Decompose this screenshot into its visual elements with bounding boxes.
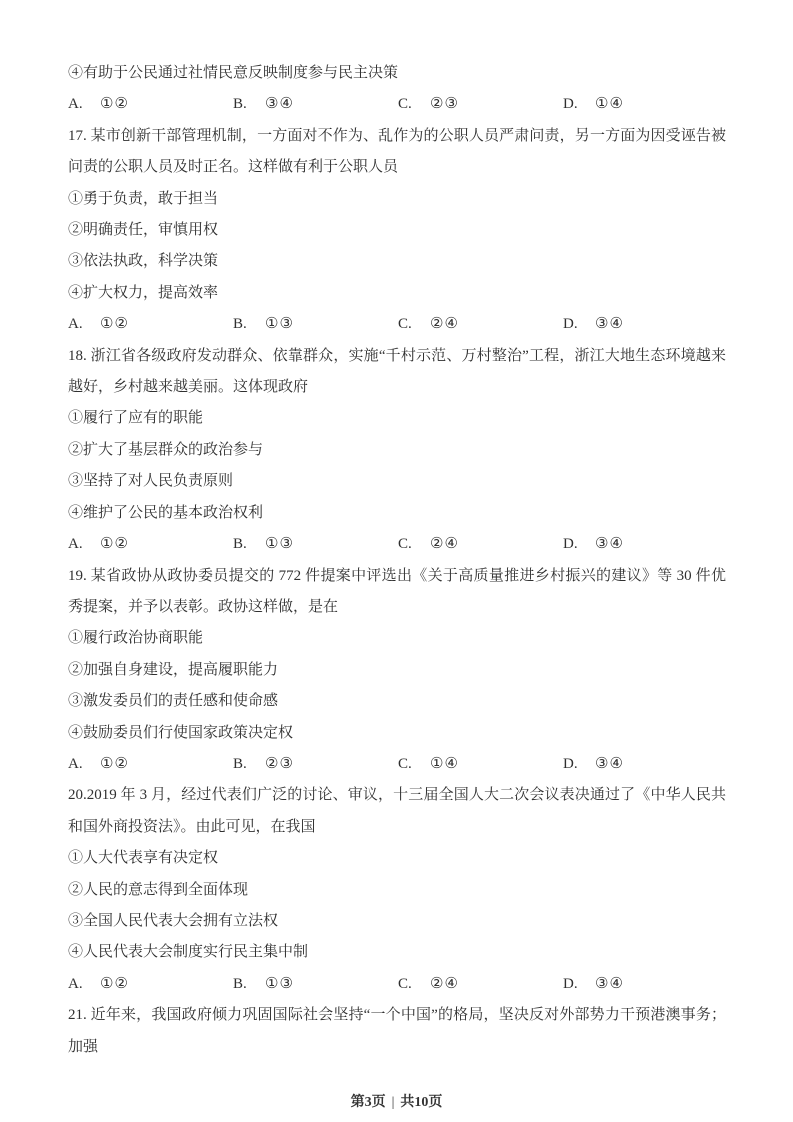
choice-value: ①② xyxy=(100,536,129,552)
question-20-item-4: ④人民代表大会制度实行民主集中制 xyxy=(68,937,726,968)
choice-value: ③④ xyxy=(595,316,624,332)
question-20-choice-a: A.①② xyxy=(68,969,233,1000)
question-20-choice-c: C.②④ xyxy=(398,969,563,1000)
question-19-item-4: ④鼓励委员们行使国家政策决定权 xyxy=(68,718,726,749)
choice-value: ①④ xyxy=(430,756,459,772)
question-18-item-4: ④维护了公民的基本政治权利 xyxy=(68,498,726,529)
question-20-stem: 20.2019 年 3 月，经过代表们广泛的讨论、审议，十三届全国人大二次会议表… xyxy=(68,780,726,843)
choice-value: ①② xyxy=(100,316,129,332)
question-20-choice-d: D.③④ xyxy=(563,969,728,1000)
choice-letter: D. xyxy=(563,309,595,340)
question-16-choice-d: D.①④ xyxy=(563,89,728,120)
choice-value: ①② xyxy=(100,756,129,772)
question-19-item-2: ②加强自身建设，提高履职能力 xyxy=(68,655,726,686)
question-19-stem: 19. 某省政协从政协委员提交的 772 件提案中评选出《关于高质量推进乡村振兴… xyxy=(68,561,726,624)
choice-value: ①② xyxy=(100,96,129,112)
choice-value: ③④ xyxy=(265,96,294,112)
question-19-choices: A.①② B.②③ C.①④ D.③④ xyxy=(68,749,726,780)
question-19-item-3: ③激发委员们的责任感和使命感 xyxy=(68,686,726,717)
question-16-choice-b: B.③④ xyxy=(233,89,398,120)
question-18-item-3: ③坚持了对人民负责原则 xyxy=(68,466,726,497)
question-19: 19. 某省政协从政协委员提交的 772 件提案中评选出《关于高质量推进乡村振兴… xyxy=(68,561,726,781)
question-18-choice-c: C.②④ xyxy=(398,529,563,560)
question-17-choice-b: B.①③ xyxy=(233,309,398,340)
choice-value: ③④ xyxy=(595,536,624,552)
question-18-choice-b: B.①③ xyxy=(233,529,398,560)
exam-page-content: ④有助于公民通过社情民意反映制度参与民主决策 A.①② B.③④ C.②③ D.… xyxy=(68,58,726,1063)
choice-letter: C. xyxy=(398,89,430,120)
choice-letter: B. xyxy=(233,89,265,120)
question-19-choice-c: C.①④ xyxy=(398,749,563,780)
choice-letter: D. xyxy=(563,749,595,780)
choice-value: ②③ xyxy=(430,96,459,112)
choice-value: ①② xyxy=(100,976,129,992)
choice-value: ①③ xyxy=(265,976,294,992)
question-16-choices: A.①② B.③④ C.②③ D.①④ xyxy=(68,89,726,120)
question-19-choice-b: B.②③ xyxy=(233,749,398,780)
question-20-choices: A.①② B.①③ C.②④ D.③④ xyxy=(68,969,726,1000)
question-21: 21. 近年来，我国政府倾力巩固国际社会坚持“一个中国”的格局，坚决反对外部势力… xyxy=(68,1000,726,1063)
choice-letter: D. xyxy=(563,529,595,560)
question-18-choices: A.①② B.①③ C.②④ D.③④ xyxy=(68,529,726,560)
choice-letter: C. xyxy=(398,529,430,560)
choice-value: ③④ xyxy=(595,756,624,772)
choice-letter: C. xyxy=(398,749,430,780)
question-16-choice-a: A.①② xyxy=(68,89,233,120)
question-18-choice-a: A.①② xyxy=(68,529,233,560)
question-17-item-1: ①勇于负责，敢于担当 xyxy=(68,184,726,215)
footer-page-total: 共10页 xyxy=(400,1095,442,1110)
choice-letter: B. xyxy=(233,969,265,1000)
question-20: 20.2019 年 3 月，经过代表们广泛的讨论、审议，十三届全国人大二次会议表… xyxy=(68,780,726,1000)
question-18-item-1: ①履行了应有的职能 xyxy=(68,403,726,434)
question-17: 17. 某市创新干部管理机制，一方面对不作为、乱作为的公职人员严肃问责，另一方面… xyxy=(68,121,726,341)
choice-letter: D. xyxy=(563,89,595,120)
question-18-choice-d: D.③④ xyxy=(563,529,728,560)
question-17-choice-c: C.②④ xyxy=(398,309,563,340)
choice-letter: C. xyxy=(398,969,430,1000)
choice-letter: C. xyxy=(398,309,430,340)
footer-separator: | xyxy=(392,1095,395,1110)
question-18-item-2: ②扩大了基层群众的政治参与 xyxy=(68,435,726,466)
choice-value: ②③ xyxy=(265,756,294,772)
question-19-choice-d: D.③④ xyxy=(563,749,728,780)
question-21-stem: 21. 近年来，我国政府倾力巩固国际社会坚持“一个中国”的格局，坚决反对外部势力… xyxy=(68,1000,726,1063)
choice-letter: B. xyxy=(233,749,265,780)
question-19-choice-a: A.①② xyxy=(68,749,233,780)
question-16-tail: ④有助于公民通过社情民意反映制度参与民主决策 A.①② B.③④ C.②③ D.… xyxy=(68,58,726,121)
choice-letter: A. xyxy=(68,969,100,1000)
question-20-item-1: ①人大代表享有决定权 xyxy=(68,843,726,874)
question-17-choice-d: D.③④ xyxy=(563,309,728,340)
question-17-choice-a: A.①② xyxy=(68,309,233,340)
choice-value: ②④ xyxy=(430,536,459,552)
question-20-choice-b: B.①③ xyxy=(233,969,398,1000)
choice-value: ②④ xyxy=(430,976,459,992)
choice-letter: A. xyxy=(68,529,100,560)
choice-letter: A. xyxy=(68,89,100,120)
choice-letter: B. xyxy=(233,529,265,560)
question-20-item-3: ③全国人民代表大会拥有立法权 xyxy=(68,906,726,937)
question-18: 18. 浙江省各级政府发动群众、依靠群众，实施“千村示范、万村整治”工程，浙江大… xyxy=(68,341,726,561)
question-17-choices: A.①② B.①③ C.②④ D.③④ xyxy=(68,309,726,340)
choice-letter: B. xyxy=(233,309,265,340)
page-footer: 第3页|共10页 xyxy=(0,1094,793,1112)
footer-page-number: 第3页 xyxy=(351,1095,386,1110)
question-19-item-1: ①履行政治协商职能 xyxy=(68,623,726,654)
question-17-item-4: ④扩大权力，提高效率 xyxy=(68,278,726,309)
choice-letter: D. xyxy=(563,969,595,1000)
question-16-option-4: ④有助于公民通过社情民意反映制度参与民主决策 xyxy=(68,58,726,89)
choice-value: ②④ xyxy=(430,316,459,332)
choice-value: ①④ xyxy=(595,96,624,112)
choice-letter: A. xyxy=(68,749,100,780)
choice-value: ①③ xyxy=(265,536,294,552)
choice-value: ①③ xyxy=(265,316,294,332)
question-17-item-3: ③依法执政，科学决策 xyxy=(68,246,726,277)
choice-value: ③④ xyxy=(595,976,624,992)
question-17-stem: 17. 某市创新干部管理机制，一方面对不作为、乱作为的公职人员严肃问责，另一方面… xyxy=(68,121,726,184)
question-20-item-2: ②人民的意志得到全面体现 xyxy=(68,875,726,906)
question-17-item-2: ②明确责任，审慎用权 xyxy=(68,215,726,246)
question-16-choice-c: C.②③ xyxy=(398,89,563,120)
choice-letter: A. xyxy=(68,309,100,340)
question-18-stem: 18. 浙江省各级政府发动群众、依靠群众，实施“千村示范、万村整治”工程，浙江大… xyxy=(68,341,726,404)
